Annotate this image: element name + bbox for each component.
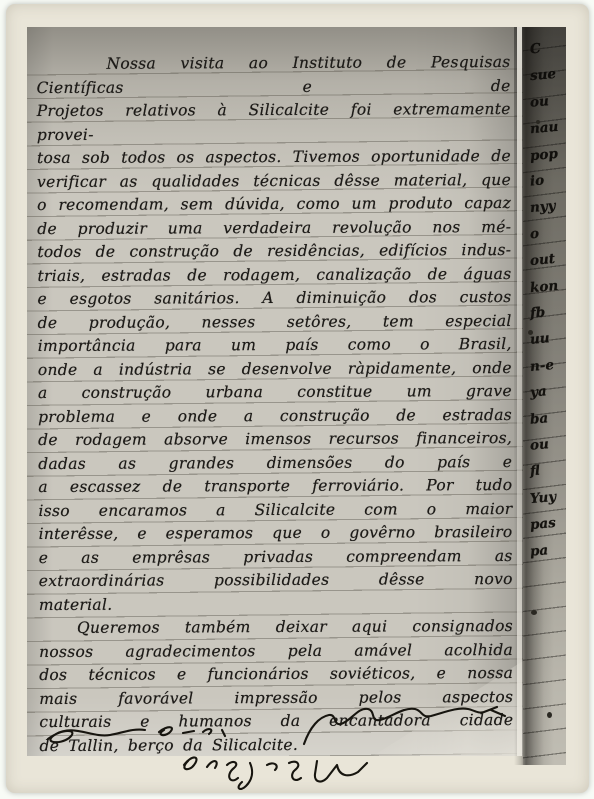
back-page-fragment: nyy [529, 198, 556, 216]
photo-speck [528, 330, 533, 335]
handwritten-line: de Tallin, berço da Silicalcite. [39, 732, 513, 756]
back-page-fragment: ba [529, 410, 549, 428]
back-page-fragment: pas [529, 515, 556, 533]
back-page-fragment: fl [529, 463, 540, 480]
handwritten-line: problema e onde a construção de estradas [38, 403, 512, 429]
handwritten-line: de produzir uma verdadeira revolução nos… [37, 215, 511, 241]
handwritten-line: mais favorável impressão pelos aspectos [39, 685, 513, 711]
back-page-text-fragments: Csueounaupopionyyooutkonfbuun-eyabaouflY… [530, 27, 566, 765]
handwritten-text: Nossa visita ao Instituto de Pesquisas C… [36, 51, 513, 756]
back-page-fragment: out [529, 251, 555, 269]
back-page-fragment: ya [529, 383, 547, 400]
letter-page: Nossa visita ao Instituto de Pesquisas C… [27, 27, 523, 756]
photo-speck [536, 120, 540, 124]
handwritten-line: interêsse, e esperamos que o govêrno bra… [39, 521, 513, 547]
handwritten-line: a escassez de transporte ferroviário. Po… [38, 474, 512, 500]
handwritten-line: importância para um país como o Brasil, [38, 333, 512, 359]
back-page-fragment: nau [529, 119, 559, 137]
folded-back-page: Csueounaupopionyyooutkonfbuun-eyabaouflY… [523, 27, 566, 765]
handwritten-line: de produção, nesses setôres, tem especia… [38, 309, 512, 335]
back-page-fragment: io [529, 172, 544, 189]
back-page-fragment: n-e [529, 357, 554, 375]
handwritten-line: dos técnicos e funcionários soviéticos, … [39, 662, 513, 688]
handwritten-line: todos de construção de residências, edif… [37, 239, 511, 265]
back-page-fragment: o [529, 225, 539, 242]
photo-speck [547, 712, 552, 718]
scanned-photo-stage: Nossa visita ao Instituto de Pesquisas C… [0, 0, 594, 799]
handwritten-line: culturais e humanos da encantadora cidad… [39, 709, 513, 735]
back-page-fragment: sue [529, 66, 556, 84]
back-page-fragment: pop [529, 145, 558, 163]
handwritten-line: verificar as qualidades técnicas dêsse m… [37, 168, 511, 194]
back-page-fragment: ou [529, 436, 549, 454]
handwritten-line: triais, estradas de rodagem, canalização… [37, 262, 511, 288]
handwritten-line: onde a indústria se desenvolve ràpidamen… [38, 356, 512, 382]
handwritten-line: isso encaramos a Silicalcite com o maior [38, 497, 512, 523]
back-page-fragment: ou [529, 93, 549, 111]
handwritten-line: de rodagem absorve imensos recursos fina… [38, 427, 512, 453]
back-page-fragment: kon [529, 277, 558, 295]
handwritten-line: tosa sob todos os aspectos. Tivemos opor… [37, 145, 511, 171]
page-edge-highlight [517, 27, 522, 756]
handwritten-line: a construção urbana constitue um grave [38, 380, 512, 406]
handwritten-line: Nossa visita ao Instituto de Pesquisas C… [36, 51, 510, 100]
handwritten-line: material. [39, 591, 513, 617]
handwritten-line: Projetos relativos à Silicalcite foi ext… [37, 98, 511, 147]
handwritten-line: o recomendam, sem dúvida, como um produt… [37, 192, 511, 218]
back-page-fragment: pa [529, 542, 549, 560]
back-page-fragment: Yuy [529, 489, 556, 507]
handwritten-line: dadas as grandes dimensões do país e [38, 450, 512, 476]
back-page-fragment: fb [529, 304, 546, 321]
handwritten-line: e as emprêsas privadas compreendam as [39, 544, 513, 570]
handwritten-line: e esgotos sanitários. A diminuição dos c… [37, 286, 511, 312]
handwritten-line: nossos agradecimentos pela amável acolhi… [39, 638, 513, 664]
back-page-fragment: C [529, 41, 541, 58]
handwritten-line: Queremos também deixar aqui consignados [39, 615, 513, 641]
handwritten-line: extraordinárias possibilidades dêsse nov… [39, 568, 513, 594]
photo-speck [531, 610, 537, 615]
